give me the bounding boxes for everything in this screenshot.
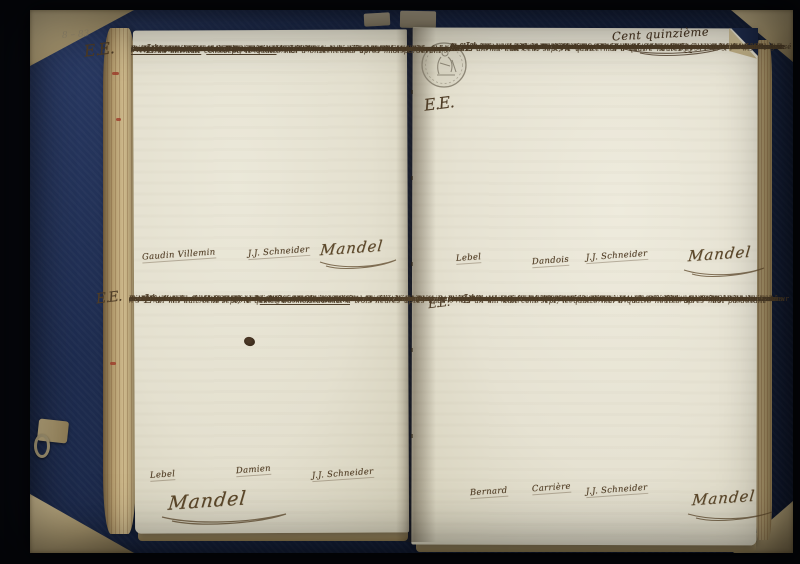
- red-edge-fleck: [110, 362, 116, 365]
- pencil-folio-note: 8 – 83: [62, 29, 90, 41]
- red-edge-fleck: [116, 118, 121, 121]
- margin-paraph: E.E.: [83, 38, 115, 60]
- signature-flourish: [318, 258, 400, 270]
- witness-signature: Lebel: [456, 252, 482, 265]
- witness-signature: Lebel: [150, 469, 176, 482]
- handwritten-line: présent acte après lecture faite.: [448, 294, 573, 305]
- signature-flourish: [160, 512, 290, 526]
- spine-headcap: [400, 11, 436, 29]
- page-block-edge-right: [755, 40, 772, 540]
- signature-flourish: [686, 510, 776, 522]
- ink-bleedthrough: [133, 29, 409, 533]
- clasp-ring: [34, 434, 50, 458]
- handwritten-line: en cette ville, et ont signé avec nous l…: [131, 44, 415, 55]
- signature-flourish: [682, 266, 768, 278]
- ink-bleedthrough: [411, 28, 757, 546]
- manuscript-register-scan: 8 – 83 E.E. E.E. E.E. E.E. Cent quinzièm…: [0, 0, 800, 564]
- handwritten-line: signé avec nous le présent acte après le…: [129, 294, 329, 305]
- page-left: [133, 29, 409, 533]
- page-block-fore-edge: [103, 28, 136, 534]
- handwritten-line: le présent acte après lecture faite.: [450, 42, 585, 53]
- page-right: [411, 28, 757, 546]
- margin-paraph: E.E.: [95, 289, 122, 308]
- red-edge-fleck: [112, 72, 119, 75]
- spine-headcap: [364, 12, 391, 26]
- margin-paraph: E.E.: [423, 92, 455, 114]
